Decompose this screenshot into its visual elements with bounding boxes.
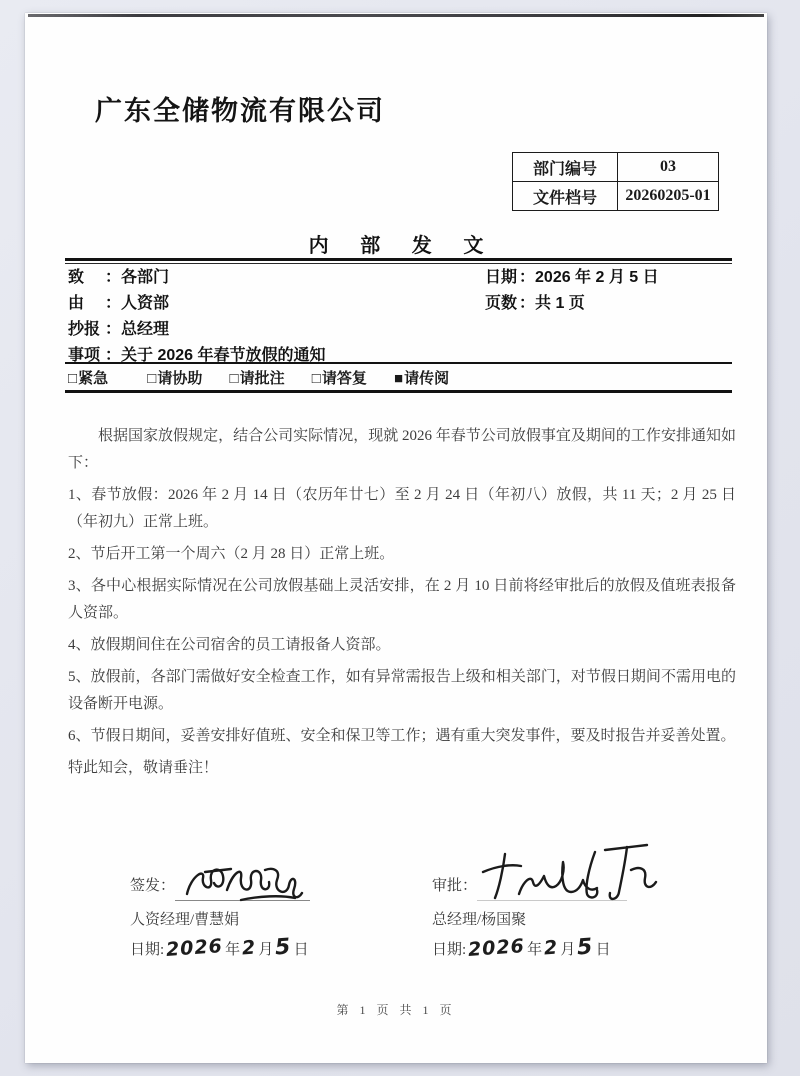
from-value: 人资部 — [121, 295, 169, 312]
checkbox-label: 请答复 — [322, 370, 367, 387]
approved-by-date: 日期:2026年2月5日 — [432, 935, 627, 960]
title-divider-thick — [65, 258, 732, 261]
issued-date-year-unit: 年 — [225, 942, 240, 958]
issued-by-signature-block: 签发： 人资经理/曹慧娟 日期:2026年2月5日 — [130, 871, 310, 960]
from-label: 由 — [68, 292, 105, 316]
memo-body: 根据国家放假规定，结合公司实际情况，现就 2026 年春节公司放假事宜及期间的工… — [68, 423, 736, 787]
checkbox-checked-icon: ■ — [394, 370, 403, 387]
body-intro: 根据国家放假规定，结合公司实际情况，现就 2026 年春节公司放假事宜及期间的工… — [68, 423, 736, 477]
file-number-label: 文件档号 — [513, 182, 618, 211]
to-colon: ： — [105, 269, 121, 286]
pages-field: 页数：共 1 页 — [485, 292, 585, 316]
issued-date-month-hw: 2 — [241, 937, 257, 960]
file-number-value: 20260205-01 — [618, 182, 719, 211]
checkbox-icon: □ — [68, 370, 77, 387]
cc-colon: ： — [105, 321, 121, 338]
from-colon: ： — [105, 295, 121, 312]
approved-signature-handwriting — [479, 840, 664, 912]
body-item-5: 5、放假前，各部门需做好安全检查工作，如有异常需报告上级和相关部门，对节假日期间… — [68, 664, 736, 718]
approved-date-label: 日期: — [432, 942, 466, 958]
routing-checkbox-row: □紧急 □请协助 □请批注 □请答复 ■请传阅 — [68, 367, 735, 388]
issued-by-row: 签发： — [130, 871, 310, 901]
from-row: 由：人资部 页数：共 1 页 — [68, 292, 735, 318]
issued-by-label: 签发： — [130, 878, 175, 894]
approved-date-day-unit: 日 — [596, 942, 611, 958]
doc-title: 内 部 发 文 — [25, 229, 767, 258]
approved-date-year-hw: 2026 — [467, 935, 525, 961]
body-item-6: 6、节假日期间，妥善安排好值班、安全和保卫等工作；遇有重大突发事件，要及时报告并… — [68, 723, 736, 750]
body-item-2: 2、节后开工第一个周六（2 月 28 日）正常上班。 — [68, 541, 736, 568]
checkbox-item-circulate-checked: ■请传阅 — [394, 367, 449, 388]
scan-edge-artifact — [28, 14, 764, 17]
approved-date-month-unit: 月 — [560, 942, 575, 958]
checkbox-item-urgent: □紧急 — [68, 367, 108, 388]
checkbox-label: 请协助 — [157, 370, 202, 387]
issued-date-day-hw: 5 — [274, 934, 292, 960]
issued-date-month-unit: 月 — [258, 942, 273, 958]
page-number-footer: 第 1 页 共 1 页 — [25, 1001, 767, 1018]
checkbox-item-annotate: □请批注 — [230, 367, 285, 388]
approved-date-year-unit: 年 — [527, 942, 542, 958]
checkbox-icon: □ — [147, 370, 156, 387]
body-item-1: 1、春节放假：2026 年 2 月 14 日（农历年廿七）至 2 月 24 日（… — [68, 482, 736, 536]
pages-label: 页数 — [485, 292, 519, 316]
date-label: 日期 — [485, 266, 519, 290]
checkbox-icon: □ — [312, 370, 321, 387]
issued-by-date: 日期:2026年2月5日 — [130, 935, 310, 960]
to-row: 致：各部门 日期：2026 年 2 月 5 日 — [68, 266, 735, 292]
date-value: 2026 年 2 月 5 日 — [535, 269, 659, 286]
checkbox-divider-top — [65, 362, 732, 364]
body-closing: 特此知会，敬请垂注！ — [68, 755, 736, 782]
cc-label: 抄报 — [68, 318, 105, 342]
pages-colon: ： — [519, 295, 535, 312]
checkbox-divider-bottom — [65, 390, 732, 393]
issued-date-year-hw: 2026 — [165, 935, 223, 961]
to-value: 各部门 — [121, 269, 169, 286]
checkbox-label: 请批注 — [240, 370, 285, 387]
dept-number-row: 部门编号 03 — [513, 153, 719, 182]
to-label: 致 — [68, 266, 105, 290]
approved-date-day-hw: 5 — [576, 934, 594, 960]
approved-by-row: 审批： — [432, 871, 627, 901]
approved-date-month-hw: 2 — [543, 937, 559, 960]
date-field: 日期：2026 年 2 月 5 日 — [485, 266, 659, 290]
issued-by-title-name: 人资经理/曹慧娟 — [130, 908, 310, 929]
dept-number-label: 部门编号 — [513, 153, 618, 182]
file-info-table: 部门编号 03 文件档号 20260205-01 — [512, 152, 719, 211]
pages-value: 共 1 页 — [535, 295, 585, 312]
memo-header-fields: 致：各部门 日期：2026 年 2 月 5 日 由：人资部 页数：共 1 页 抄… — [68, 266, 735, 370]
dept-number-value: 03 — [618, 153, 719, 182]
checkbox-icon: □ — [230, 370, 239, 387]
issued-date-day-unit: 日 — [294, 942, 309, 958]
approved-by-label: 审批： — [432, 878, 477, 894]
approved-by-signature-block: 审批： 总经理/杨国聚 日期:2026年2月5日 — [432, 871, 627, 960]
body-item-3: 3、各中心根据实际情况在公司放假基础上灵活安排，在 2 月 10 日前将经审批后… — [68, 573, 736, 627]
checkbox-item-assist: □请协助 — [147, 367, 202, 388]
approved-signature-line — [477, 875, 627, 901]
checkbox-item-reply: □请答复 — [312, 367, 367, 388]
scan-background: 广东全储物流有限公司 部门编号 03 文件档号 20260205-01 内 部 … — [0, 0, 800, 1076]
date-colon: ： — [519, 269, 535, 286]
cc-value: 总经理 — [121, 321, 169, 338]
checkbox-label: 紧急 — [78, 370, 108, 387]
company-name: 广东全储物流有限公司 — [95, 89, 385, 128]
file-number-row: 文件档号 20260205-01 — [513, 182, 719, 211]
title-divider-thin — [65, 263, 732, 264]
issued-signature-line — [175, 875, 310, 901]
issued-signature-handwriting — [177, 858, 309, 910]
subject-label: 事项 — [68, 344, 105, 368]
body-item-4: 4、放假期间住在公司宿舍的员工请报备人资部。 — [68, 632, 736, 659]
checkbox-label: 请传阅 — [404, 370, 449, 387]
document-page: 广东全储物流有限公司 部门编号 03 文件档号 20260205-01 内 部 … — [25, 13, 767, 1063]
issued-date-label: 日期: — [130, 942, 164, 958]
cc-row: 抄报：总经理 — [68, 318, 735, 344]
